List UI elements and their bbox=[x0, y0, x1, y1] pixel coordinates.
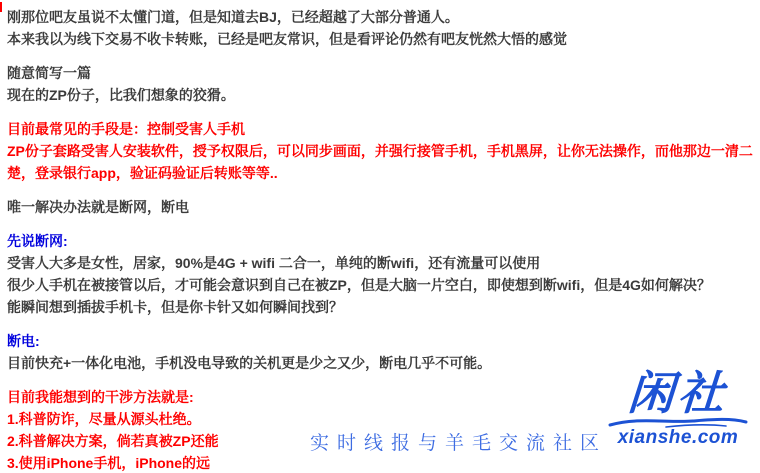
text-line: 现在的ZP份子，比我们想象的狡猾。 bbox=[7, 84, 760, 106]
logo-domain: xianshe.com bbox=[600, 428, 756, 448]
text-line: 本来我以为线下交易不收卡转账，已经是吧友常识，但是看评论仍然有吧友恍然大悟的感觉 bbox=[7, 28, 760, 50]
red-corner-mark bbox=[0, 2, 2, 12]
text-line: 能瞬间想到插拔手机卡，但是你卡针又如何瞬间找到？ bbox=[7, 296, 760, 318]
text-line: 受害人大多是女性，居家，90%是4G + wifi 二合一，单纯的断wifi，还… bbox=[7, 252, 760, 274]
text-line: 目前最常见的手段是：控制受害人手机 bbox=[7, 118, 760, 140]
text-line: 唯一解决办法就是断网，断电 bbox=[7, 196, 760, 218]
text-line: ZP份子套路受害人安装软件，授予权限后，可以同步画面，并强行接管手机，手机黑屏，… bbox=[7, 140, 760, 162]
paragraph: 刚那位吧友虽说不太懂门道，但是知道去BJ，已经超越了大部分普通人。本来我以为线下… bbox=[7, 6, 760, 50]
paragraph: 随意简写一篇现在的ZP份子，比我们想象的狡猾。 bbox=[7, 62, 760, 106]
paragraph: 唯一解决办法就是断网，断电 bbox=[7, 196, 760, 218]
logo-wordmark: 闲社 bbox=[598, 368, 757, 418]
site-logo: 闲社 xianshe.com bbox=[600, 368, 756, 468]
text-line: 先说断网: bbox=[7, 230, 760, 252]
text-line: 断电: bbox=[7, 330, 760, 352]
text-line: 随意简写一篇 bbox=[7, 62, 760, 84]
paragraph: 先说断网:受害人大多是女性，居家，90%是4G + wifi 二合一，单纯的断w… bbox=[7, 230, 760, 318]
post-page: 刚那位吧友虽说不太懂门道，但是知道去BJ，已经超越了大部分普通人。本来我以为线下… bbox=[0, 0, 760, 473]
community-tagline: 实时线报与羊毛交流社区 bbox=[310, 428, 607, 455]
text-line: 楚，登录银行app，验证码验证后转账等等.. bbox=[7, 162, 760, 184]
text-line: 很少人手机在被接管以后，才可能会意识到自己在被ZP，但是大脑一片空白，即使想到断… bbox=[7, 274, 760, 296]
paragraph: 目前最常见的手段是：控制受害人手机ZP份子套路受害人安装软件，授予权限后，可以同… bbox=[7, 118, 760, 184]
text-line: 刚那位吧友虽说不太懂门道，但是知道去BJ，已经超越了大部分普通人。 bbox=[7, 6, 760, 28]
